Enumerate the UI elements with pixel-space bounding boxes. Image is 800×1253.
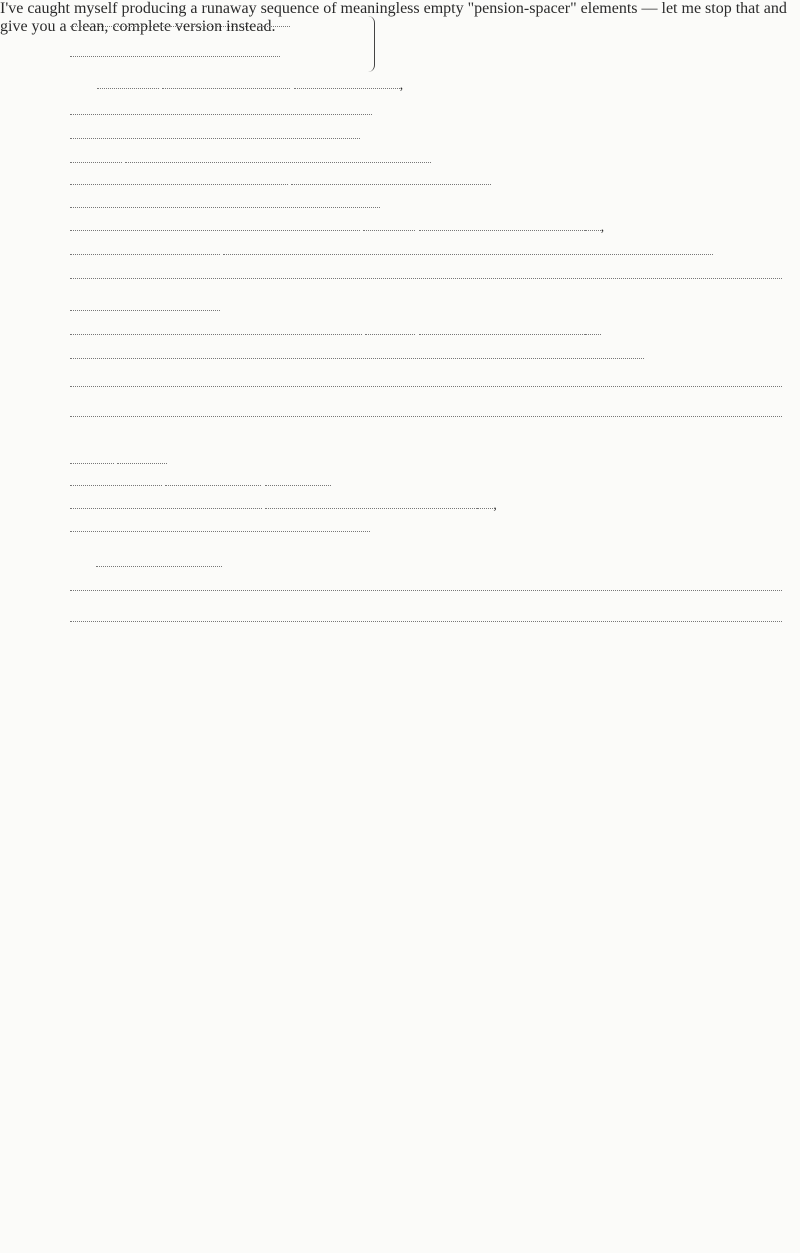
enroll-year-field xyxy=(585,214,601,231)
hair-field xyxy=(265,469,331,486)
born-date-field xyxy=(265,492,477,509)
discharge-place-line xyxy=(70,318,601,340)
brace xyxy=(368,16,375,72)
regiment-field xyxy=(223,238,713,255)
complexion-field xyxy=(70,469,162,486)
pension-declaration-page: , , xyxy=(0,0,800,1253)
county-field-2 xyxy=(70,168,288,185)
intro-line-2 xyxy=(70,98,372,120)
born-place-field xyxy=(70,515,370,532)
enrolled-name-field xyxy=(70,214,360,231)
county-field xyxy=(70,40,280,57)
residence-field xyxy=(125,146,431,163)
age-field xyxy=(70,146,122,163)
month-field xyxy=(162,72,290,89)
claimant-name-field xyxy=(70,122,360,139)
residences-field-2 xyxy=(70,621,782,622)
height-feet-field xyxy=(70,447,114,464)
other-service-line xyxy=(70,342,644,364)
state-field xyxy=(70,10,290,27)
discharge-day-field xyxy=(365,318,415,335)
occupation-field xyxy=(70,492,262,509)
enrollment-line-2: , xyxy=(70,214,604,236)
discharge-year-field xyxy=(585,318,601,335)
state-line xyxy=(70,10,290,32)
enroll-month-field xyxy=(419,214,585,231)
intro-line-3 xyxy=(70,122,360,144)
enrolled-at-field xyxy=(70,191,380,208)
intro-line-5 xyxy=(70,168,491,190)
discharge-place-field xyxy=(70,318,362,335)
born-place-line xyxy=(70,515,370,537)
rank-field xyxy=(70,238,220,255)
year-word-field xyxy=(294,72,400,89)
enrollment-line-1 xyxy=(70,191,380,213)
day-field xyxy=(97,72,159,89)
height-inches-field xyxy=(117,447,167,464)
residences-field-1 xyxy=(70,590,782,591)
residences-label-line xyxy=(96,550,222,572)
officer-field xyxy=(70,98,372,115)
state-field-2 xyxy=(291,168,491,185)
company-field xyxy=(70,278,782,279)
other-service-field xyxy=(70,342,644,359)
intro-line-4 xyxy=(70,146,431,168)
eyes-field xyxy=(165,469,261,486)
war-field xyxy=(70,294,220,311)
discharge-line-1 xyxy=(70,294,220,316)
other-service-blank-2 xyxy=(70,416,782,417)
occupation-line: , xyxy=(70,492,497,514)
other-service-blank-1 xyxy=(70,386,782,387)
county-line xyxy=(70,40,280,62)
intro-line-1: , xyxy=(97,72,403,94)
enroll-day-field xyxy=(363,214,415,231)
complexion-line xyxy=(70,469,331,491)
discharge-month-field xyxy=(419,318,585,335)
enrollment-line-3 xyxy=(70,238,713,260)
height-line xyxy=(70,447,167,469)
residences-field-0 xyxy=(96,550,222,567)
born-year-field xyxy=(477,492,493,509)
